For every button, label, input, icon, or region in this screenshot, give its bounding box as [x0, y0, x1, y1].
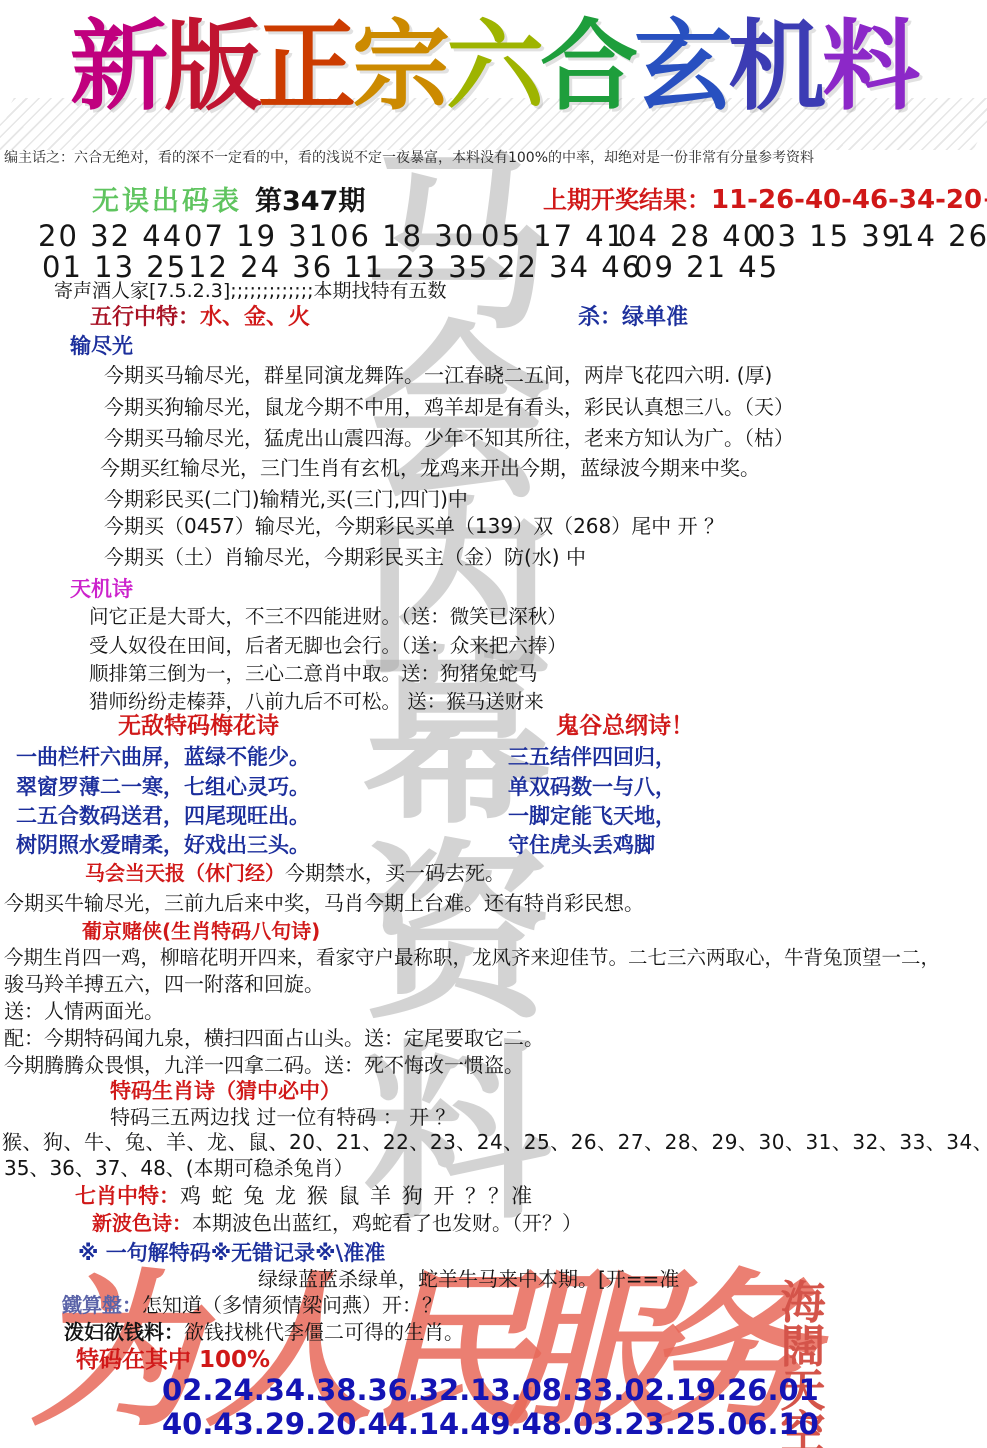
shujinguang-line: 今期买（0457）输尽光，今期彩民买单（139）双（268）尾中 开 ？ [104, 514, 724, 539]
pujing-line: 送：人情两面光。 [4, 999, 164, 1024]
section-header-shengxiao: 特码生肖诗（猜中必中） [110, 1078, 341, 1104]
guigu-line: 三五结伴四回归， [508, 744, 676, 770]
pujing-line: 今期腾腾众畏惧，九洋一四拿二码。送：死不悔改一惯盗。 [4, 1053, 524, 1078]
sha-note: 杀：绿单准 [578, 304, 688, 332]
meihua-line: 一曲栏杆六曲屏，蓝绿不能少。 [16, 744, 310, 770]
shujinguang-line: 今期买红输尽光，三门生肖有玄机，龙鸡来开出今期，蓝绿波今期来中奖。 [100, 456, 760, 481]
pujing-line: 今期生肖四一鸡，柳暗花明开四来，看家守户最称职，龙风齐来迎佳节。二七三六两取心，… [4, 946, 940, 970]
code-cell: 07 19 31 [184, 219, 329, 253]
section-header-meihua: 无敌特码梅花诗 [118, 712, 279, 741]
qixiao-label: 七肖中特： [75, 1184, 180, 1208]
tema-line: 特码在其中 100% [76, 1346, 270, 1375]
mahui-text: 今期禁水，买一码去死。 [285, 861, 505, 885]
title-char: 六 [446, 4, 540, 131]
title-char: 机 [728, 4, 822, 131]
guigu-line: 守住虎头丢鸡脚 [508, 832, 655, 858]
shengxiao-line: 特码三五两边找 过一位有特码 ： 开 ？ [110, 1105, 455, 1130]
shujinguang-line: 今期买马输尽光，猛虎出山震四海。少年不知其所往，老来方知认为广。（枯） [104, 426, 794, 451]
last-result-numbers: 11-26-40-46-34-20+03 [711, 185, 987, 215]
wuxing-label: 五行中特： [90, 305, 200, 330]
lvlv-line: 绿绿蓝蓝杀绿单，蛇羊牛马来中本期。[开==准 [258, 1267, 679, 1292]
title-char: 新 [70, 4, 164, 131]
qixiao-text: 鸡 蛇 兔 龙 猴 鼠 羊 狗 开 ？？准 [180, 1184, 534, 1208]
code-cell: 11 23 35 [344, 250, 489, 284]
code-cell: 06 18 30 [330, 219, 475, 253]
lottery-tip-sheet: 马 会 内 幕 资 料 为 人 民 服 务 海 闊 天 空 新 版 正 宗 六 … [0, 0, 987, 1448]
section-header-pujing: 葡京赌侠(生肖特码八句诗) [82, 919, 320, 944]
code-cell: 14 26 38 [896, 219, 987, 253]
title-char: 料 [822, 4, 916, 131]
page-title: 新 版 正 宗 六 合 玄 机 料 [70, 4, 916, 131]
shujinguang-line: 今期买（土）肖输尽光，今期彩民买主（金）防(水) 中 [104, 545, 586, 570]
mahui-label: 马会当天报（休门经） [85, 861, 285, 885]
section-header-shujinguang: 输尽光 [70, 333, 133, 359]
wuxing-value: 水、金、火 [200, 305, 310, 330]
shujinguang-line: 今期彩民买(二门)输精光,买(三门,四门)中 [104, 487, 468, 512]
pofu-text: 欲钱找桃代李僵二可得的生肖。 [184, 1320, 464, 1344]
code-cell: 01 13 25 [42, 250, 187, 284]
pujing-line: 配：今期特码闻九泉，横扫四面占山头。送：定尾要取它二。 [4, 1026, 544, 1051]
xinbose-text: 本期波色出蓝红，鸡蛇看了也发财。（开？） [192, 1211, 582, 1235]
section-header-tianjishi: 天机诗 [70, 576, 133, 602]
title-char: 正 [258, 4, 352, 131]
title-char: 宗 [352, 4, 446, 131]
title-char: 玄 [634, 4, 728, 131]
guigu-line: 一脚定能飞天地， [508, 803, 676, 829]
meihua-line: 二五合数码送君，四尾现旺出。 [16, 803, 310, 829]
shengxiao-numbers-line: 猴、狗、牛、兔、羊、龙、鼠、20、21、22、23、24、25、26、27、28… [2, 1130, 987, 1155]
editor-note: 编主话之：六合无绝对，看的深不一定看的中，看的浅说不定一夜暴富，本料没有100%… [4, 150, 814, 168]
watermark-vertical-kuo: 闊 [778, 1324, 828, 1369]
pujing-line: 骏马羚羊搏五六，四一附落和回旋。 [4, 972, 324, 997]
tianjishi-line: 顺排第三倒为一，三心二意肖中取。送：狗猪兔蛇马 [89, 662, 538, 686]
code-cell: 03 15 39 [757, 219, 902, 253]
final-numbers-row: 40.43.29.20.44.14.49.48.03.23.25.06.10 [162, 1406, 819, 1442]
shengxiao-line: 35、36、37、48、(本期可稳杀兔肖） [4, 1156, 354, 1181]
tianjishi-line: 受人奴役在田间，后者无脚也会行。（送：众来把六捧） [89, 634, 567, 658]
code-cell: 04 28 40 [618, 219, 763, 253]
section-header-guigu: 鬼谷总纲诗！ [556, 712, 694, 741]
meihua-line: 翠窗罗薄二一寒，七组心灵巧。 [16, 774, 310, 800]
niu-line: 今期买牛输尽光，三前九后来中奖，马肖今期上台难。还有特肖彩民想。 [4, 891, 644, 916]
title-char: 合 [540, 4, 634, 131]
code-cell: 20 32 44 [38, 219, 183, 253]
title-char: 版 [164, 4, 258, 131]
tiesuanpan-label: 鐵算盤： [62, 1293, 142, 1317]
jisheng-line: 寄声酒人家[7.5.2.3];;;;;;;;;;;;;本期找特有五数 [54, 280, 447, 304]
tianjishi-line: 问它正是大哥大，不三不四能进财。（送：微笑已深秋） [89, 605, 567, 629]
code-cell: 12 24 36 [188, 250, 333, 284]
pofu-label: 泼妇欲钱料： [64, 1320, 184, 1344]
watermark-vertical-hai: 海 [778, 1280, 828, 1325]
last-result-label: 上期开奖结果： [543, 186, 711, 214]
code-cell: 09 21 45 [634, 250, 779, 284]
shujinguang-line: 今期买狗输尽光，鼠龙今期不中用，鸡羊却是有看头，彩民认真想三八。（天） [104, 395, 794, 420]
tiesuanpan-text: 怎知道（多情须情梁问燕）开：？ [142, 1293, 442, 1317]
code-cell: 05 17 41 [481, 219, 626, 253]
code-table-label: 无误出码表 [92, 185, 242, 219]
final-numbers-row: 02.24.34.38.36.32.13.08.33.02.19.26.01 [162, 1372, 819, 1408]
yiju-line: ※ 一句解特码※无错记录※\准准 [78, 1240, 385, 1266]
meihua-line: 树阴照水爱晴柔，好戏出三头。 [16, 832, 310, 858]
guigu-line: 单双码数一与八， [508, 774, 676, 800]
shujinguang-line: 今期买马输尽光，群星同演龙舞阵。一江春晓二五间，两岸飞花四六明. (厚) [104, 363, 772, 388]
code-cell: 22 34 46 [497, 250, 642, 284]
tianjishi-line: 猎师纷纷走榛莽，八前九后不可松。 送：猴马送财来 [89, 690, 544, 714]
issue-number: 第347期 [255, 185, 365, 219]
xinbose-label: 新波色诗： [92, 1211, 192, 1235]
